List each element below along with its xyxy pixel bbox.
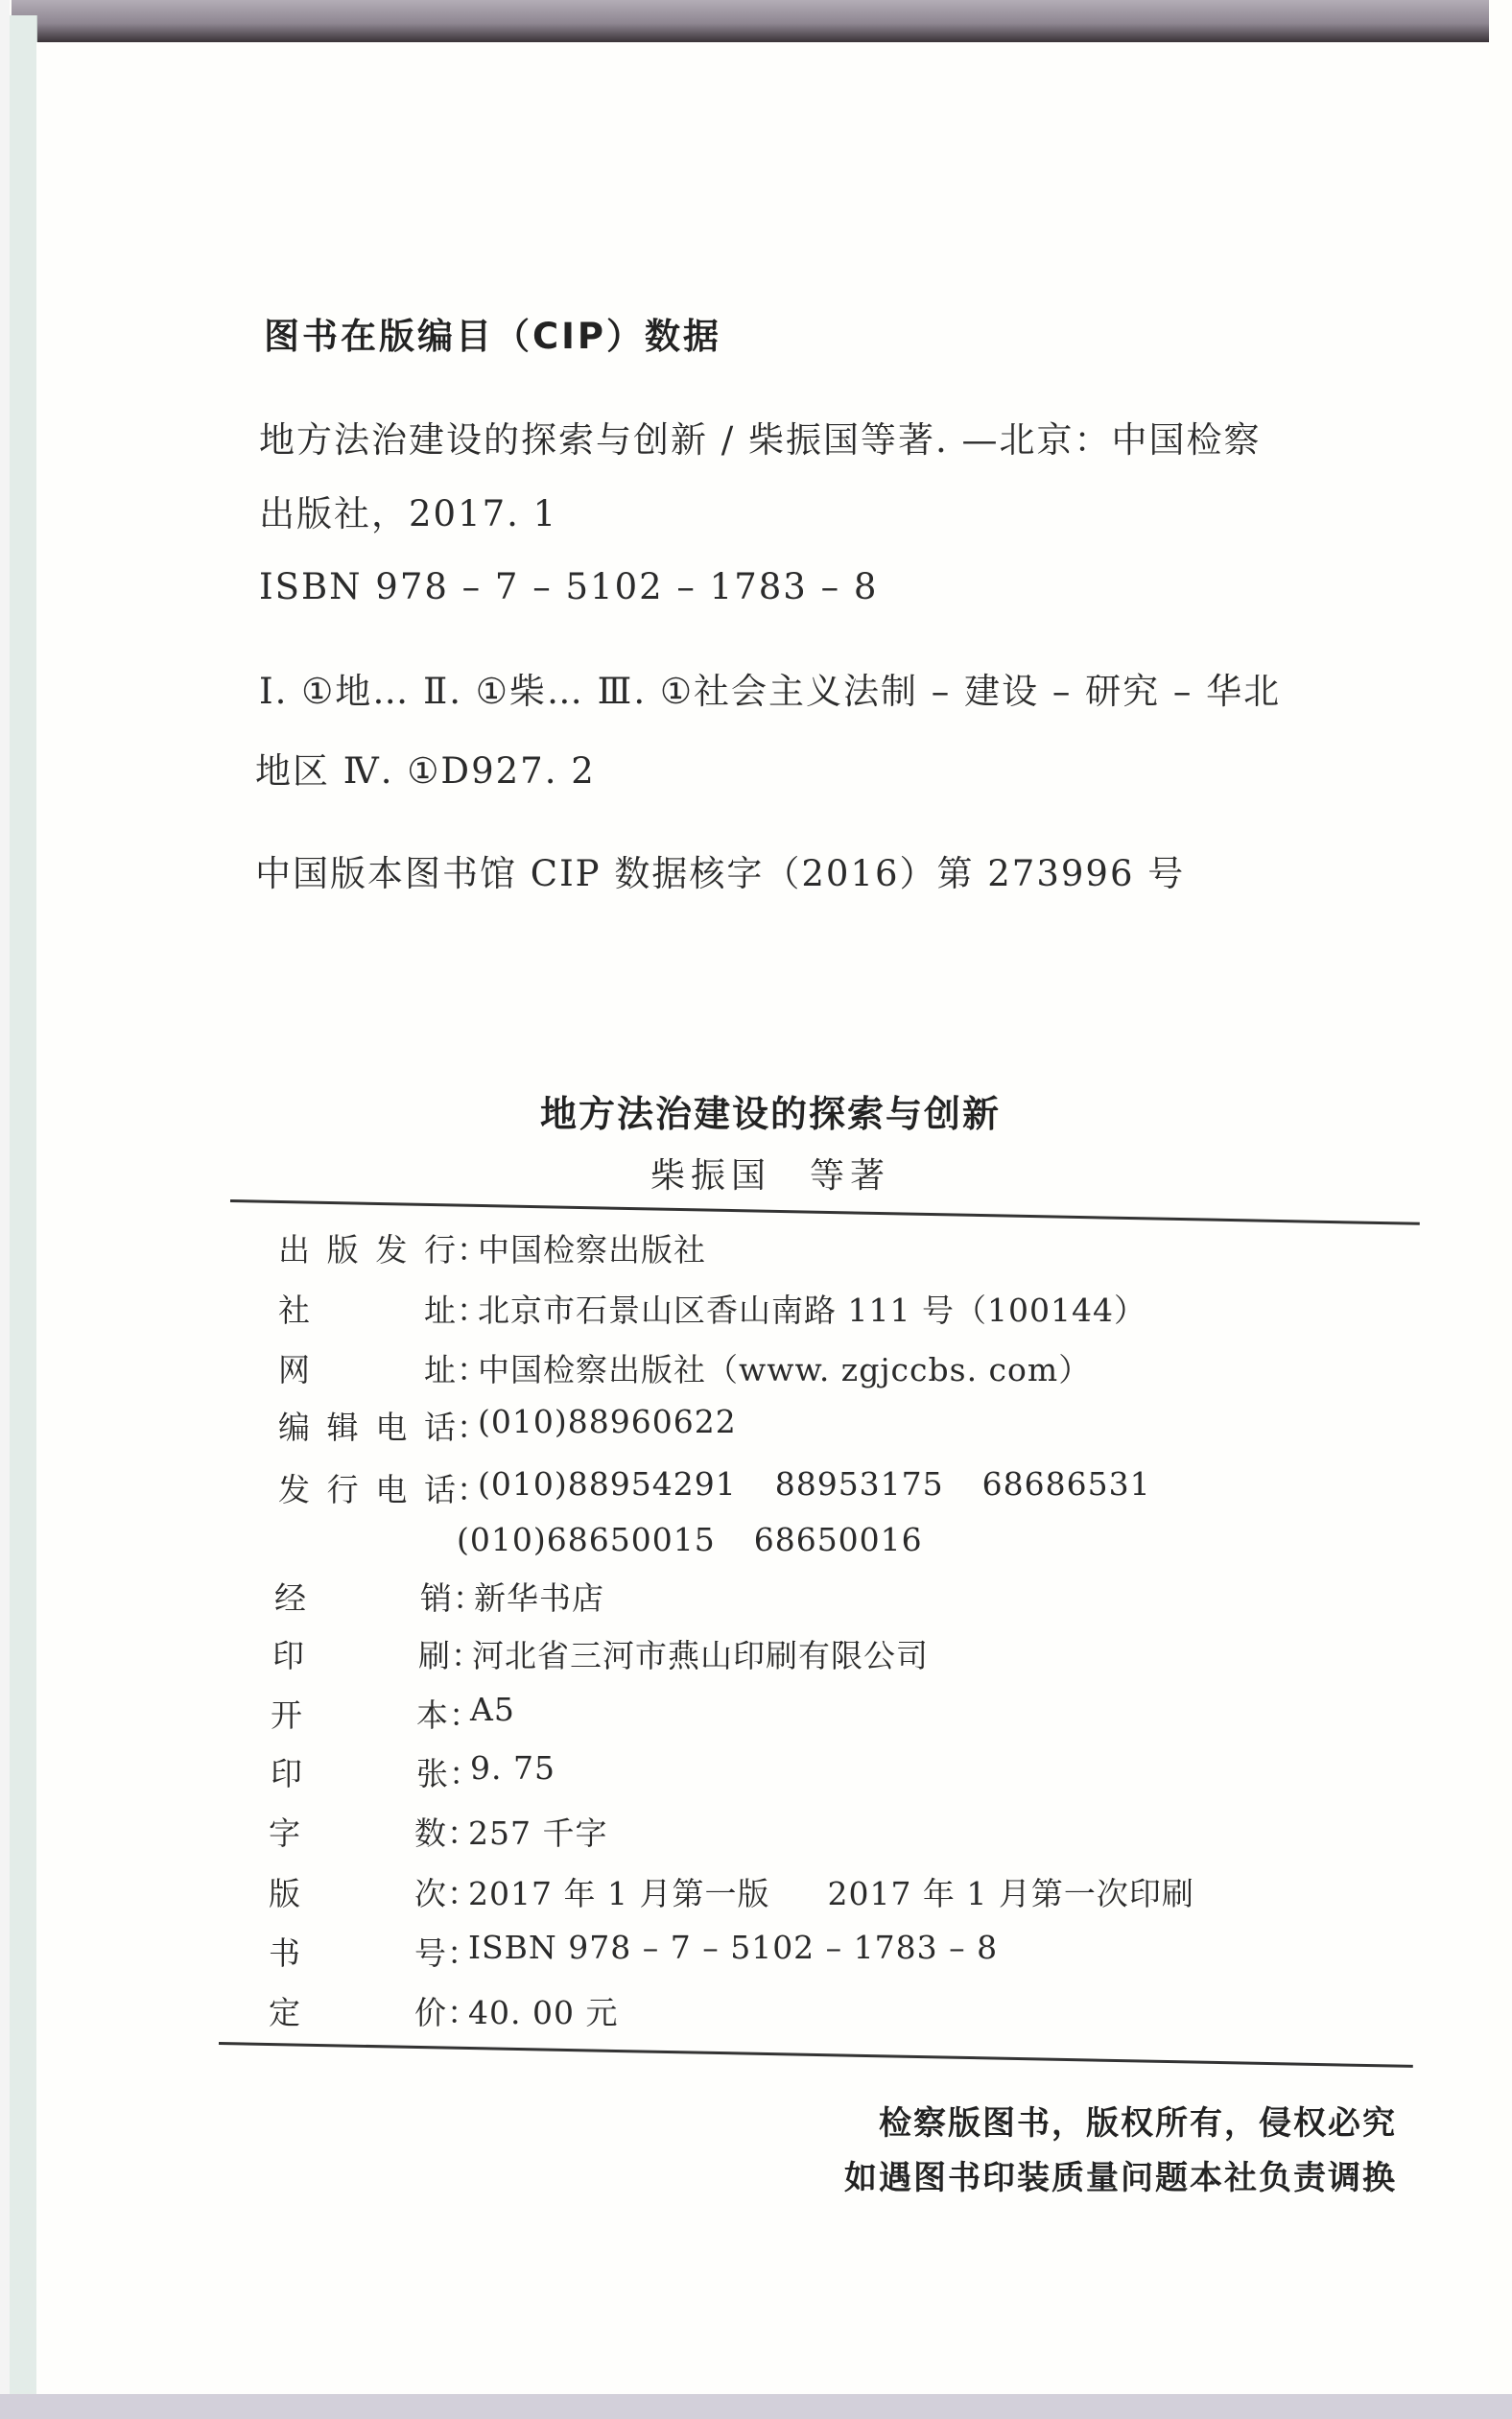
info-value: 新华书店 <box>474 1574 604 1619</box>
info-key: 网址 <box>278 1345 457 1390</box>
info-row-printer: 印刷：河北省三河市燕山印刷有限公司 <box>272 1631 929 1676</box>
info-row-website: 网址：中国检察出版社（www. zgjccbs. com） <box>278 1345 1091 1390</box>
info-row-isbn: 书号：ISBN 978 – 7 – 5102 – 1783 – 8 <box>269 1929 998 1974</box>
copyright-notice: 检察版图书，版权所有，侵权必究 <box>879 2097 1397 2144</box>
info-row-format: 开本：A5 <box>271 1691 515 1736</box>
info-key: 字数 <box>269 1809 447 1854</box>
info-value: 40. 00 元 <box>468 1988 618 2033</box>
author-role: 等著 <box>810 1156 890 1196</box>
cip-isbn-line: ISBN 978 – 7 – 5102 – 1783 – 8 <box>259 566 878 607</box>
info-row-distribution-phone: 发行电话：(010)889542918895317568686531 <box>278 1465 1151 1510</box>
info-key: 印刷 <box>272 1631 451 1676</box>
author-name: 柴振国 <box>650 1156 771 1196</box>
scan-top-edge <box>12 0 1489 42</box>
book-title: 地方法治建设的探索与创新 <box>0 1084 1512 1137</box>
info-value: 河北省三河市燕山印刷有限公司 <box>472 1631 929 1676</box>
info-value: ISBN 978 – 7 – 5102 – 1783 – 8 <box>468 1929 998 1974</box>
info-value: 中国检察出版社（www. zgjccbs. com） <box>478 1345 1091 1390</box>
info-row-publisher: 出版发行：中国检察出版社 <box>278 1225 706 1270</box>
info-key: 经销 <box>274 1574 453 1619</box>
info-row-seller: 经销：新华书店 <box>274 1574 604 1619</box>
info-key: 印张 <box>271 1749 449 1794</box>
quality-notice: 如遇图书印装质量问题本社负责调换 <box>844 2151 1397 2198</box>
info-value: (010)88960622 <box>478 1403 737 1448</box>
info-value: 257 千字 <box>468 1809 607 1854</box>
info-value: 2017 年 1 月第一版2017 年 1 月第一次印刷 <box>468 1869 1194 1914</box>
info-value: A5 <box>470 1691 515 1736</box>
book-author: 柴振国等著 <box>0 1149 1512 1198</box>
info-row-price: 定价：40. 00 元 <box>269 1988 618 2033</box>
info-value: 中国检察出版社 <box>478 1225 706 1270</box>
info-row-edition: 版次：2017 年 1 月第一版2017 年 1 月第一次印刷 <box>269 1869 1194 1914</box>
cip-title-line: 地方法治建设的探索与创新 / 柴振国等著. —北京：中国检察 <box>259 411 1262 462</box>
cip-publisher-line: 出版社，2017. 1 <box>259 485 557 536</box>
copyright-page <box>36 42 1489 2394</box>
info-key: 定价 <box>269 1988 447 2033</box>
info-key: 编辑电话 <box>278 1403 457 1448</box>
info-value: 北京市石景山区香山南路 111 号（100144） <box>478 1286 1146 1331</box>
info-key: 社址 <box>278 1286 457 1331</box>
scan-left-edge <box>10 15 37 2405</box>
info-key: 版次 <box>269 1869 447 1914</box>
info-row-address: 社址：北京市石景山区香山南路 111 号（100144） <box>278 1286 1146 1331</box>
info-key: 出版发行 <box>278 1225 457 1270</box>
info-value: (010)889542918895317568686531 <box>478 1465 1151 1510</box>
info-value: (010)6865001568650016 <box>457 1521 923 1558</box>
info-row-word-count: 字数：257 千字 <box>269 1809 607 1854</box>
info-row-distribution-phone-2: (010)6865001568650016 <box>457 1521 923 1558</box>
cip-classification-line-2: 地区 Ⅳ. ①D927. 2 <box>255 742 596 794</box>
info-row-sheets: 印张：9. 75 <box>271 1749 555 1794</box>
scan-margin <box>0 0 10 2419</box>
info-value: 9. 75 <box>470 1749 555 1794</box>
scan-bottom-edge <box>0 2394 1512 2419</box>
info-row-editorial-phone: 编辑电话：(010)88960622 <box>278 1403 737 1448</box>
info-key: 书号 <box>269 1929 447 1974</box>
cip-heading: 图书在版编目（CIP）数据 <box>264 307 721 359</box>
info-key: 发行电话 <box>278 1465 457 1510</box>
scan-right-margin <box>1489 0 1512 42</box>
cip-record-number: 中国版本图书馆 CIP 数据核字（2016）第 273996 号 <box>255 844 1185 896</box>
info-key: 开本 <box>271 1691 449 1736</box>
cip-classification-line: Ⅰ. ①地… Ⅱ. ①柴… Ⅲ. ①社会主义法制 – 建设 – 研究 – 华北 <box>259 662 1281 714</box>
